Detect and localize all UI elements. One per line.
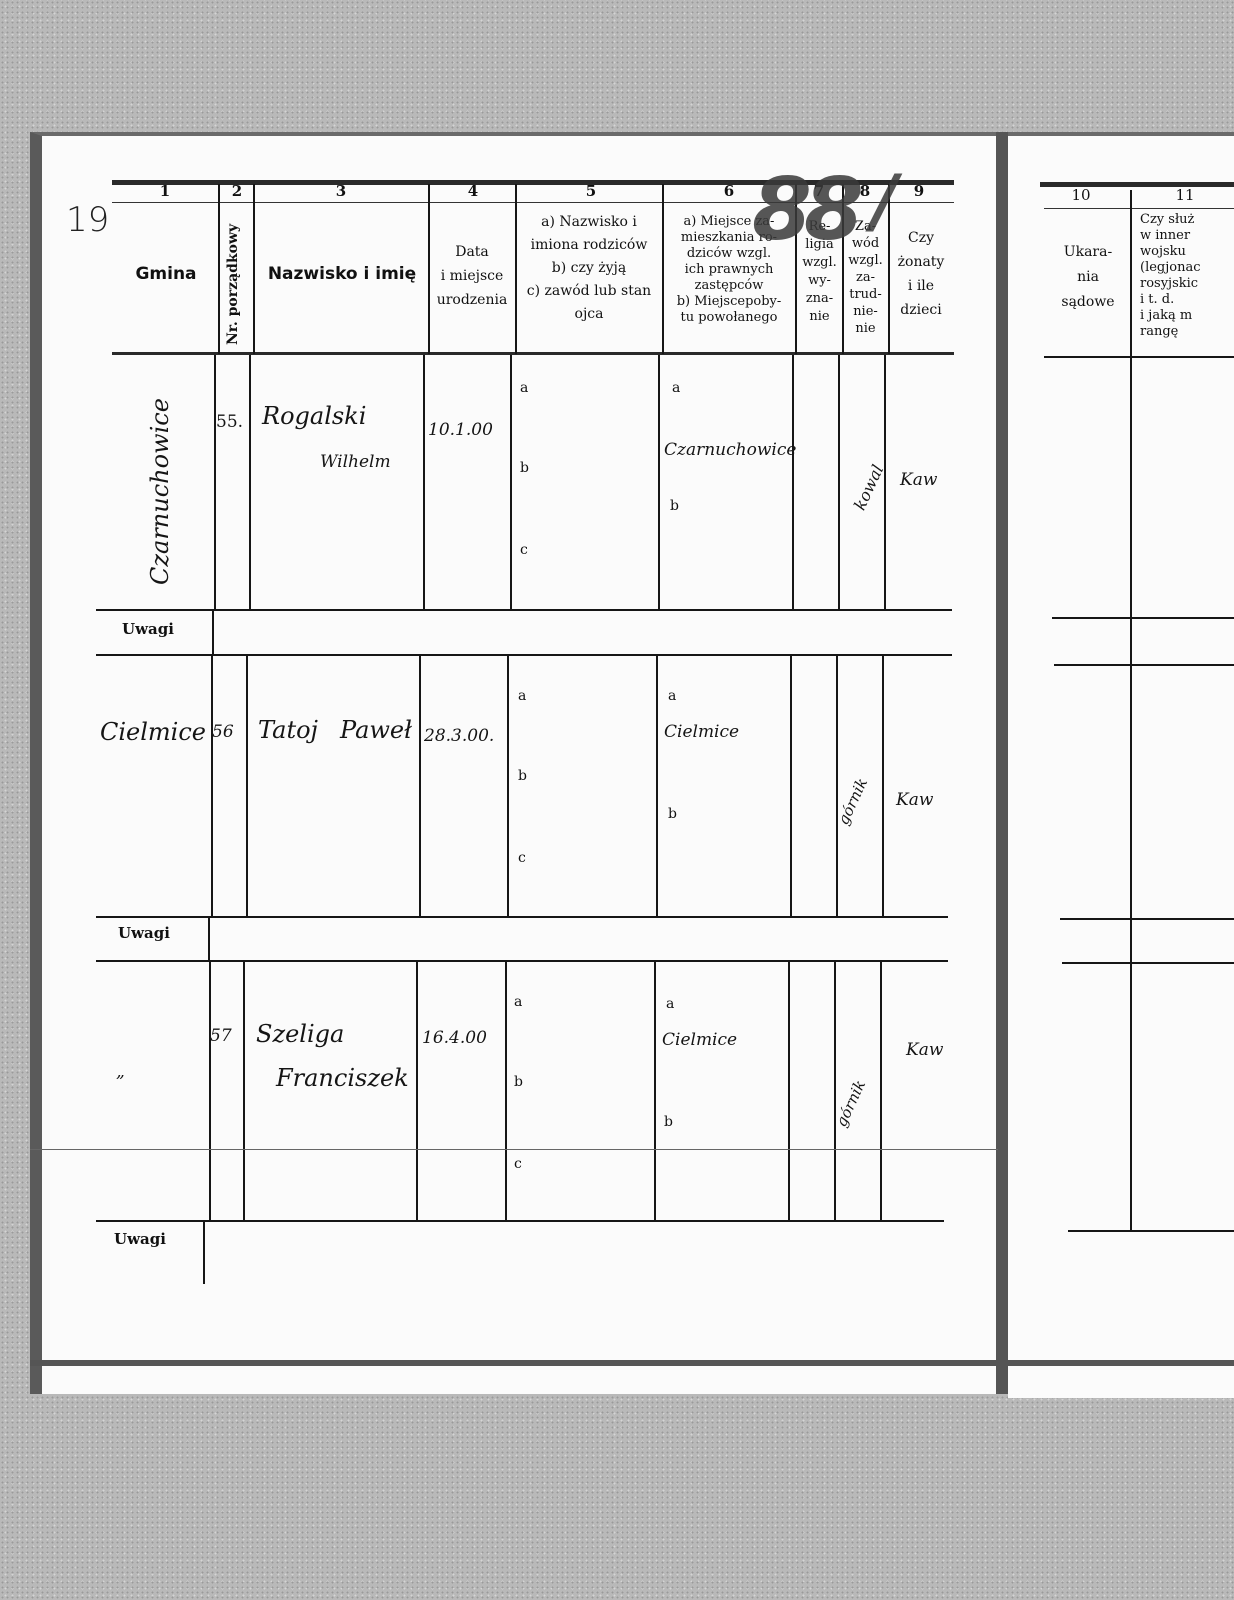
sub-label-b: b <box>670 498 679 514</box>
right-row-rule <box>1068 1230 1234 1232</box>
column-number-11: 11 <box>1170 186 1200 204</box>
header-married: Czy żonaty i ile dzieci <box>890 230 952 319</box>
given-name-value: Wilhelm <box>320 452 391 472</box>
header-text: trud- <box>843 286 888 303</box>
header-text: b) czy żyją <box>516 260 662 277</box>
row-divider <box>882 656 884 918</box>
gmina-value: Czarnuchowice <box>146 398 174 585</box>
sub-label-a: a <box>666 996 674 1012</box>
header-text: za- <box>843 269 888 286</box>
row-divider <box>246 656 248 918</box>
header-text: c) zawód lub stan <box>516 283 662 300</box>
header-text: nia <box>1046 269 1130 286</box>
header-gmina: Gmina <box>118 266 214 283</box>
row-divider <box>423 355 425 611</box>
nr-value: 56 <box>212 722 234 742</box>
residence-value: Cielmice <box>662 1030 737 1050</box>
sub-label-a: a <box>672 380 680 396</box>
header-court-penalties: Ukara- nia sądowe <box>1046 244 1130 311</box>
scan-rule <box>30 1149 998 1150</box>
residence-value: Czarnuchowice <box>664 440 796 460</box>
sub-label-a: a <box>668 688 676 704</box>
sub-label-c: c <box>518 850 526 866</box>
surname-value: Tatoj <box>258 716 318 744</box>
column-number-9: 9 <box>904 182 934 200</box>
header-text: wy- <box>797 272 842 290</box>
row-divider <box>505 962 507 1220</box>
residence-value: Cielmice <box>664 722 739 742</box>
remarks-label: Uwagi <box>118 924 170 942</box>
header-text: urodzenia <box>430 292 514 309</box>
header-nazwisko-imie: Nazwisko i imię <box>258 266 426 283</box>
header-nr-porzadkowy: Nr. porządkowy <box>225 224 241 345</box>
row-divider <box>880 962 882 1220</box>
nr-value: 55. <box>216 412 243 432</box>
header-text: tu powołanego <box>663 310 795 326</box>
pencil-stroke: / <box>872 160 890 242</box>
surname-value: Szeliga <box>256 1020 344 1048</box>
header-text: ich prawnych <box>663 262 795 278</box>
right-row-rule <box>1062 962 1234 964</box>
header-parents: a) Nazwisko i imiona rodziców b) czy żyj… <box>516 214 662 323</box>
header-text: ojca <box>516 306 662 323</box>
row-divider <box>838 355 840 611</box>
sub-label-b: b <box>514 1074 523 1090</box>
header-divider <box>218 184 220 354</box>
row-divider <box>507 656 509 918</box>
remarks-label: Uwagi <box>122 620 174 638</box>
birth-date-value: 16.4.00 <box>422 1028 487 1048</box>
header-text: nie <box>797 308 842 326</box>
header-text: dzieci <box>890 302 952 319</box>
row-divider <box>834 962 836 1220</box>
marital-value: Kaw <box>906 1040 943 1060</box>
birth-date-value: 28.3.00. <box>424 726 494 746</box>
right-row-rule <box>1060 918 1234 920</box>
column-number-3: 3 <box>326 182 356 200</box>
header-text: b) Miejscepoby- <box>663 294 795 310</box>
row-divider <box>243 962 245 1220</box>
birth-date-value: 10.1.00 <box>428 420 493 440</box>
row-divider <box>654 962 656 1220</box>
header-text: a) Nazwisko i <box>516 214 662 231</box>
row-divider <box>209 962 211 1220</box>
header-text: rosyjskic <box>1140 276 1234 292</box>
remarks-divider <box>208 918 210 960</box>
header-text: zna- <box>797 290 842 308</box>
remarks-divider <box>212 611 214 656</box>
row-divider <box>211 656 213 918</box>
header-text: Czy służ <box>1140 212 1234 228</box>
row-divider <box>884 355 886 611</box>
row-rule <box>96 960 948 962</box>
right-header-bottom-rule <box>1044 356 1234 358</box>
header-text: i miejsce <box>430 268 514 285</box>
row-divider <box>792 355 794 611</box>
header-text: imiona rodziców <box>516 237 662 254</box>
page-number: 19 <box>66 200 109 240</box>
marital-value: Kaw <box>900 470 937 490</box>
column-number-10: 10 <box>1066 186 1096 204</box>
sub-label-b: b <box>664 1114 673 1130</box>
header-text: Data <box>430 244 514 261</box>
sub-label-b: b <box>668 806 677 822</box>
row-divider <box>419 656 421 918</box>
row-divider <box>788 962 790 1220</box>
row-rule <box>96 916 948 918</box>
sub-label-a: a <box>520 380 528 396</box>
row-divider <box>416 962 418 1220</box>
header-text: nie- <box>843 303 888 320</box>
given-name-value: Paweł <box>340 716 412 744</box>
given-name-value: Franciszek <box>276 1064 409 1092</box>
right-row-rule <box>1054 664 1234 666</box>
header-text: wojsku <box>1140 244 1234 260</box>
column-number-5: 5 <box>576 182 606 200</box>
row-divider <box>249 355 251 611</box>
pencil-annotation: 88 <box>752 160 856 260</box>
row-divider <box>836 656 838 918</box>
header-text: Czy <box>890 230 952 247</box>
header-text: nie <box>843 320 888 337</box>
gmina-ditto-mark: „ <box>116 1062 125 1082</box>
sub-label-a: a <box>514 994 522 1010</box>
column-number-2: 2 <box>222 182 252 200</box>
header-text: i t. d. <box>1140 292 1234 308</box>
sub-label-b: b <box>518 768 527 784</box>
column-number-6: 6 <box>714 182 744 200</box>
header-bottom-rule <box>112 352 954 355</box>
row-divider <box>214 355 216 611</box>
header-text: i ile <box>890 278 952 295</box>
header-divider <box>253 184 255 354</box>
sub-label-b: b <box>520 460 529 476</box>
right-column-divider <box>1130 190 1132 1230</box>
row-divider <box>790 656 792 918</box>
marital-value: Kaw <box>896 790 933 810</box>
header-text: w inner <box>1140 228 1234 244</box>
gmina-value: Cielmice <box>100 718 206 746</box>
header-text: (legjonac <box>1140 260 1234 276</box>
header-text: rangę <box>1140 324 1234 340</box>
row-rule <box>96 609 952 611</box>
right-column-number-rule <box>1044 208 1234 209</box>
row-divider <box>656 656 658 918</box>
sub-label-c: c <box>520 542 528 558</box>
row-divider <box>658 355 660 611</box>
book-spine <box>996 132 1008 1394</box>
column-number-1: 1 <box>150 182 180 200</box>
page-bottom-edge <box>30 1360 1234 1366</box>
nr-value: 57 <box>210 1026 232 1046</box>
row-rule <box>96 654 952 656</box>
right-row-rule <box>1052 617 1234 619</box>
header-birth: Data i miejsce urodzenia <box>430 244 514 309</box>
row-rule <box>96 1220 944 1222</box>
remarks-divider <box>203 1222 205 1284</box>
header-text: i jaką m <box>1140 308 1234 324</box>
sub-label-a: a <box>518 688 526 704</box>
surname-value: Rogalski <box>262 402 366 430</box>
column-number-4: 4 <box>458 182 488 200</box>
header-text: żonaty <box>890 254 952 271</box>
remarks-label: Uwagi <box>114 1230 166 1248</box>
row-divider <box>510 355 512 611</box>
header-text: zastępców <box>663 278 795 294</box>
header-text: Ukara- <box>1046 244 1130 261</box>
header-text: sądowe <box>1046 294 1130 311</box>
header-other-service: Czy służ w inner wojsku (legjonac rosyjs… <box>1134 212 1234 340</box>
sub-label-c: c <box>514 1156 522 1172</box>
